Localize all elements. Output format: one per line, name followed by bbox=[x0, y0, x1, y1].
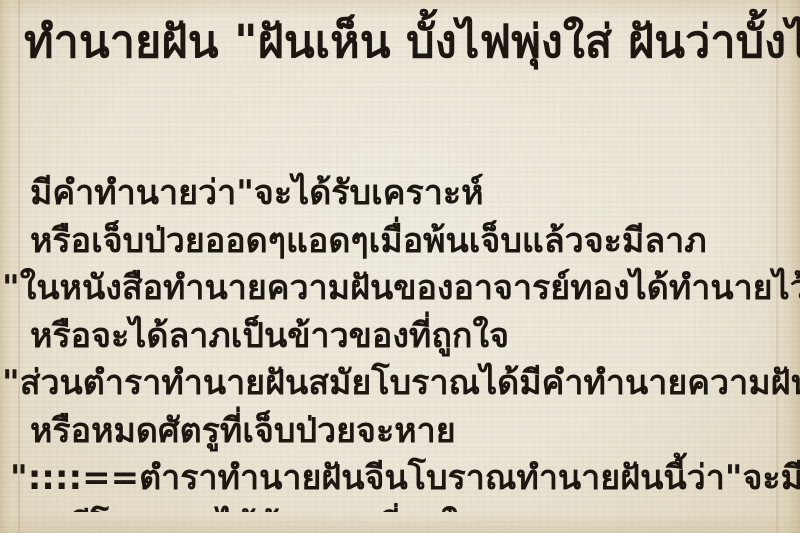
text-line: "ในหนังสือทำนายความฝันของอาจารย์ทองได้ทำ… bbox=[0, 265, 800, 313]
text-line: "ส่วนตำราทำนายฝันสมัยโบราณได้มีคำทำนายคว… bbox=[0, 360, 800, 408]
text-line: "::::==ตำราทำนายฝันจีนโบราณทำนายฝันนี้ว่… bbox=[0, 455, 800, 503]
text-line: หรือหมดศัตรูที่เจ็บป่วยจะหาย bbox=[0, 408, 800, 456]
text-line: หรือจะได้ลาภเป็นข้าวของที่ถูกใจ bbox=[0, 313, 800, 361]
text-line: มีคำทำนายว่า"จะได้รับเคราะห์ bbox=[0, 170, 800, 218]
page-title: ทำนายฝัน "ฝันเห็น บั้งไฟพุ่งใส่ ฝันว่าบั… bbox=[24, 10, 800, 74]
text-line: หรือเจ็บป่วยออดๆแอดๆเมื่อพ้นเจ็บแล้วจะมี… bbox=[0, 218, 800, 266]
parchment-page: ทำนายฝัน "ฝันเห็น บั้งไฟพุ่งใส่ ฝันว่าบั… bbox=[0, 0, 800, 533]
text-line-partial: จะมีโชคลาภได้ข้าวของที่ถูกใจ bbox=[0, 503, 800, 512]
body-text: มีคำทำนายว่า"จะได้รับเคราะห์ หรือเจ็บป่ว… bbox=[0, 170, 800, 512]
